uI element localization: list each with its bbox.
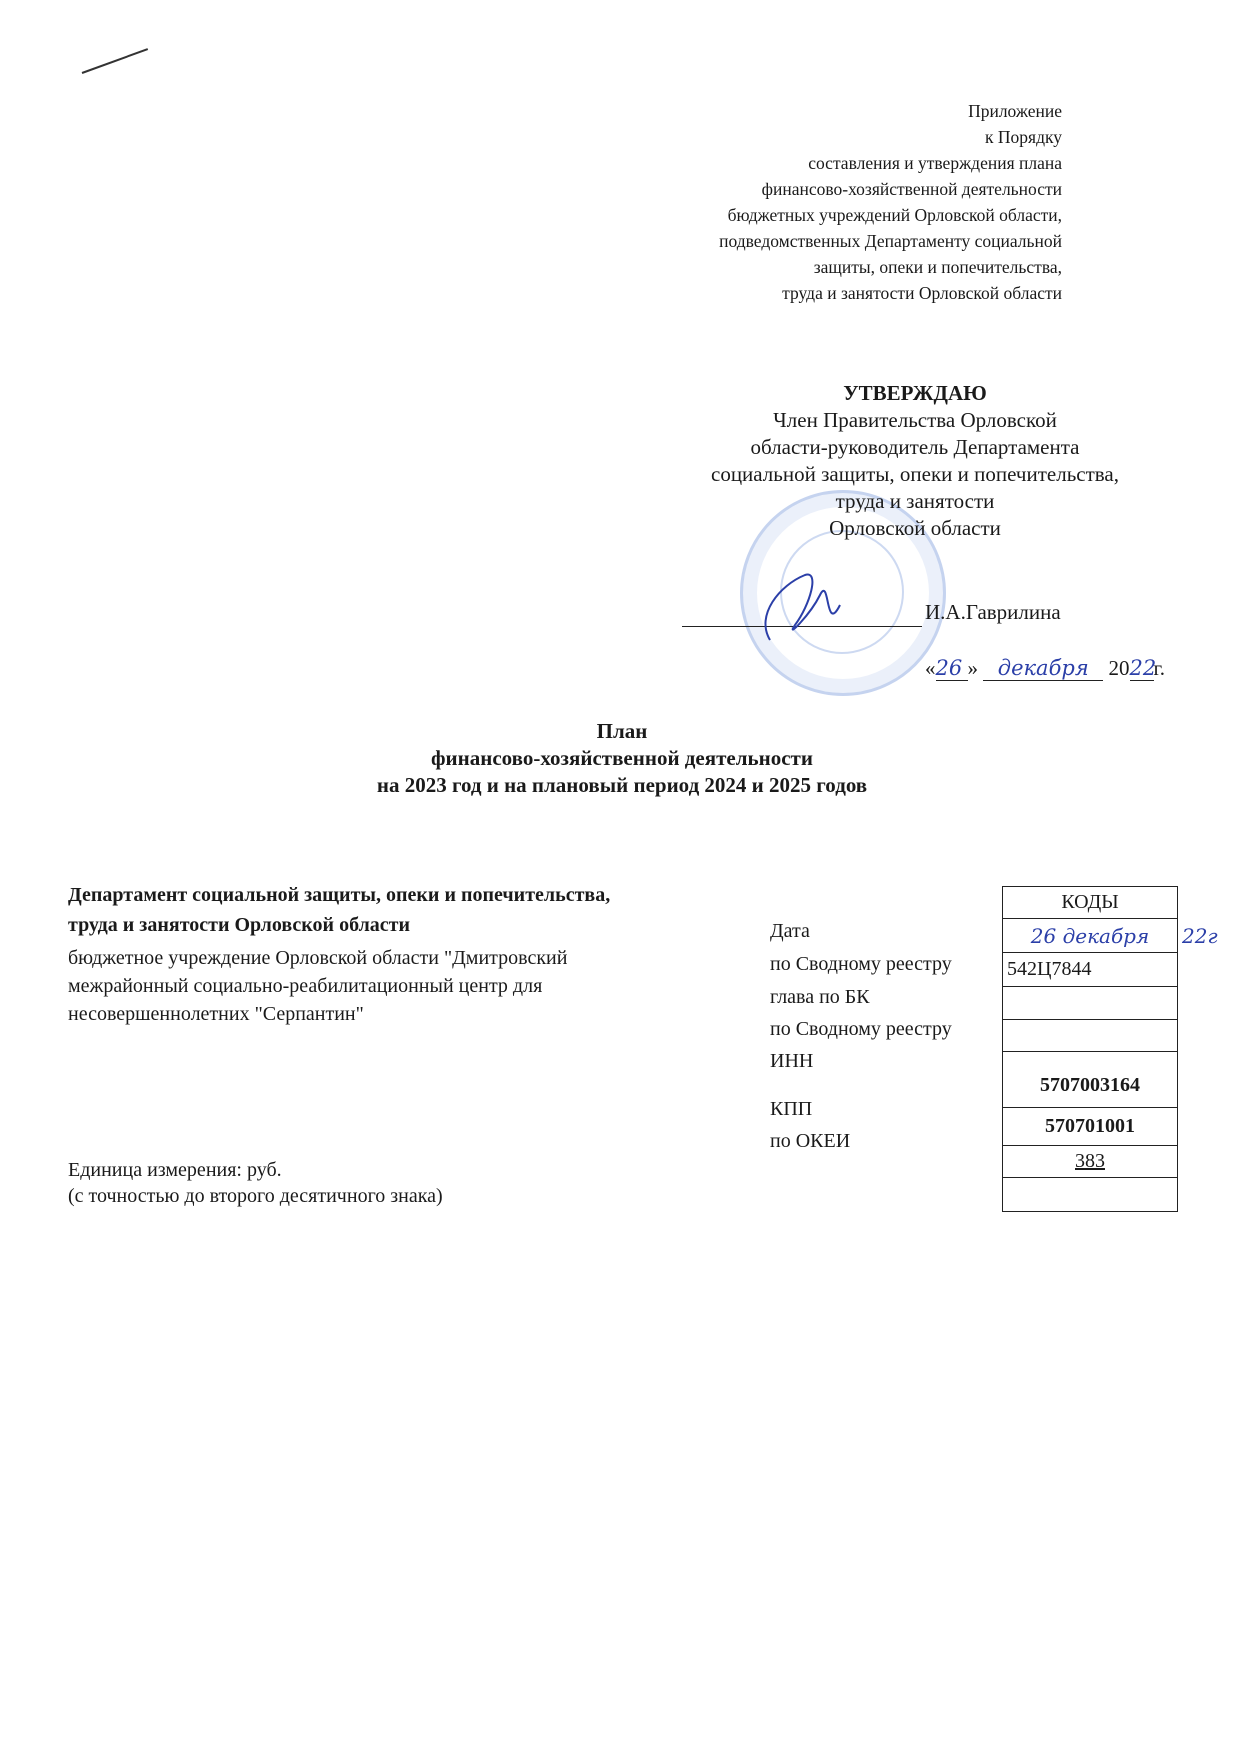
code-kpp: 570701001	[1003, 1108, 1178, 1146]
appendix-line: бюджетных учреждений Орловской области,	[719, 202, 1062, 228]
code-empty	[1003, 1178, 1178, 1212]
appendix-line: защиты, опеки и попечительства,	[719, 254, 1062, 280]
appendix-line: составления и утверждения плана	[719, 150, 1062, 176]
date-day: 26	[936, 656, 968, 681]
appendix-line: финансово-хозяйственной деятельности	[719, 176, 1062, 202]
title-line: на 2023 год и на плановый период 2024 и …	[0, 772, 1244, 799]
appendix-line: труда и занятости Орловской области	[719, 280, 1062, 306]
code-registry-2	[1003, 1020, 1178, 1052]
approval-line: труда и занятости	[655, 488, 1175, 515]
date-year-suffix: 22	[1130, 656, 1154, 681]
code-date-year: 22г	[1182, 924, 1218, 948]
quote-open: «	[925, 656, 936, 680]
quote-close: »	[968, 656, 979, 680]
code-label: по ОКЕИ	[770, 1130, 850, 1153]
code-inn: 5707003164	[1003, 1052, 1178, 1108]
codes-table: КОДЫ 26 декабря 542Ц7844 5707003164 5707…	[1002, 886, 1178, 1212]
units-line: Единица измерения: руб.	[68, 1157, 443, 1183]
title-line: План	[0, 718, 1244, 745]
appendix-line: к Порядку	[719, 124, 1062, 150]
approval-block: УТВЕРЖДАЮ Член Правительства Орловской о…	[655, 380, 1175, 542]
institution-name: бюджетное учреждение Орловской области "…	[68, 944, 628, 1028]
code-label: глава по БК	[770, 986, 870, 1009]
code-date: 26 декабря	[1003, 919, 1178, 953]
appendix-line: Приложение	[719, 98, 1062, 124]
approval-line: Орловской области	[655, 515, 1175, 542]
approval-date: «26» декабря 2022г.	[925, 656, 1165, 681]
code-label: ИНН	[770, 1050, 813, 1073]
document-title: План финансово-хозяйственной деятельност…	[0, 718, 1244, 799]
signatory-name: И.А.Гаврилина	[925, 600, 1061, 625]
date-month: декабря	[983, 656, 1103, 681]
code-label: по Сводному реестру	[770, 1018, 952, 1041]
department-name: Департамент социальной защиты, опеки и п…	[68, 880, 628, 940]
code-registry: 542Ц7844	[1003, 953, 1178, 987]
code-label: Дата	[770, 920, 810, 943]
code-budget-chapter	[1003, 987, 1178, 1020]
code-label: по Сводному реестру	[770, 953, 952, 976]
approval-line: социальной защиты, опеки и попечительств…	[655, 461, 1175, 488]
organization-info: Департамент социальной защиты, опеки и п…	[68, 880, 628, 1028]
code-okei: 383	[1003, 1146, 1178, 1178]
approval-line: Член Правительства Орловской	[655, 407, 1175, 434]
units-note: Единица измерения: руб. (с точностью до …	[68, 1157, 443, 1209]
date-year-unit: г.	[1154, 656, 1166, 680]
pen-mark	[82, 48, 148, 74]
approval-heading: УТВЕРЖДАЮ	[655, 380, 1175, 407]
approval-line: области-руководитель Департамента	[655, 434, 1175, 461]
title-line: финансово-хозяйственной деятельности	[0, 745, 1244, 772]
appendix-line: подведомственных Департаменту социальной	[719, 228, 1062, 254]
date-year-prefix: 20	[1109, 656, 1130, 680]
signature-icon	[750, 545, 860, 655]
codes-header: КОДЫ	[1003, 887, 1178, 919]
units-line: (с точностью до второго десятичного знак…	[68, 1183, 443, 1209]
appendix-note: Приложение к Порядку составления и утвер…	[719, 98, 1062, 306]
code-label: КПП	[770, 1098, 812, 1121]
